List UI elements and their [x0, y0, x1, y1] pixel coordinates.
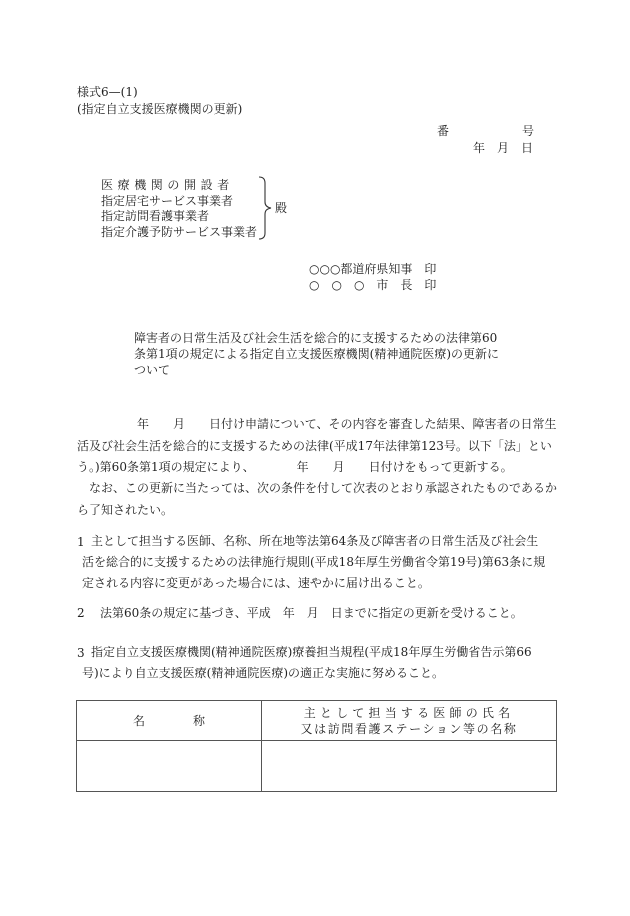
right-brace-icon — [258, 176, 274, 240]
header-physician-line2: 又は訪問看護ステーション等の名称 — [262, 721, 556, 737]
number-suffix: 号 — [522, 123, 534, 139]
body-paragraph-1: 年 月 日付け申請について、その内容を審査した結果、障害者の日常生活及び社会生活… — [77, 414, 557, 479]
addressee-item: 医療機関の開設者 — [101, 177, 234, 193]
body-paragraph-2: なお、この更新に当たっては、次の条件を付して次表のとおり承認されたものであるから… — [77, 478, 557, 521]
header-physician-line1: 主として担当する医師の氏名 — [262, 705, 556, 721]
form-number: 様式6—(1) — [77, 84, 138, 100]
issuer-mayor: ○ ○ ○ 市 長 印 — [309, 277, 436, 293]
subject-title: 障害者の日常生活及び社会生活を総合的に支援するための法律第60条第1項の規定によ… — [134, 330, 504, 378]
number-label: 番 — [437, 123, 449, 139]
condition-text: 主として担当する医師、名称、所在地等法第64条及び障害者の日常生活及び社会生活を… — [82, 531, 548, 594]
addressee-item: 指定居宅サービス事業者 — [101, 193, 233, 209]
form-subtitle: (指定自立支援医療機関の更新) — [77, 101, 242, 117]
addressee-item: 指定介護予防サービス事業者 — [101, 224, 257, 240]
condition-number: 2 — [77, 605, 85, 621]
approval-table: 名 称 主として担当する医師の氏名 又は訪問看護ステーション等の名称 — [76, 700, 557, 792]
honorific: 殿 — [275, 200, 287, 216]
header-name-label: 名 称 — [133, 714, 205, 728]
table-row — [77, 741, 557, 792]
header-physician: 主として担当する医師の氏名 又は訪問看護ステーション等の名称 — [262, 701, 557, 741]
date-month: 月 — [497, 140, 509, 156]
header-name: 名 称 — [77, 701, 262, 741]
condition-text: 法第60条の規定に基づき、平成 年 月 日までに指定の更新を受けること。 — [100, 605, 523, 621]
addressee-item: 指定訪問看護事業者 — [101, 208, 209, 224]
issuer-governor: ○○○都道府県知事 印 — [309, 261, 436, 277]
cell-physician[interactable] — [262, 741, 557, 792]
condition-text: 指定自立支援医療機関(精神通院医療)療養担当規程(平成18年厚生労働省告示第66… — [82, 642, 548, 684]
cell-name[interactable] — [77, 741, 262, 792]
date-day: 日 — [521, 140, 533, 156]
date-year: 年 — [473, 140, 485, 156]
table-header-row: 名 称 主として担当する医師の氏名 又は訪問看護ステーション等の名称 — [77, 701, 557, 741]
